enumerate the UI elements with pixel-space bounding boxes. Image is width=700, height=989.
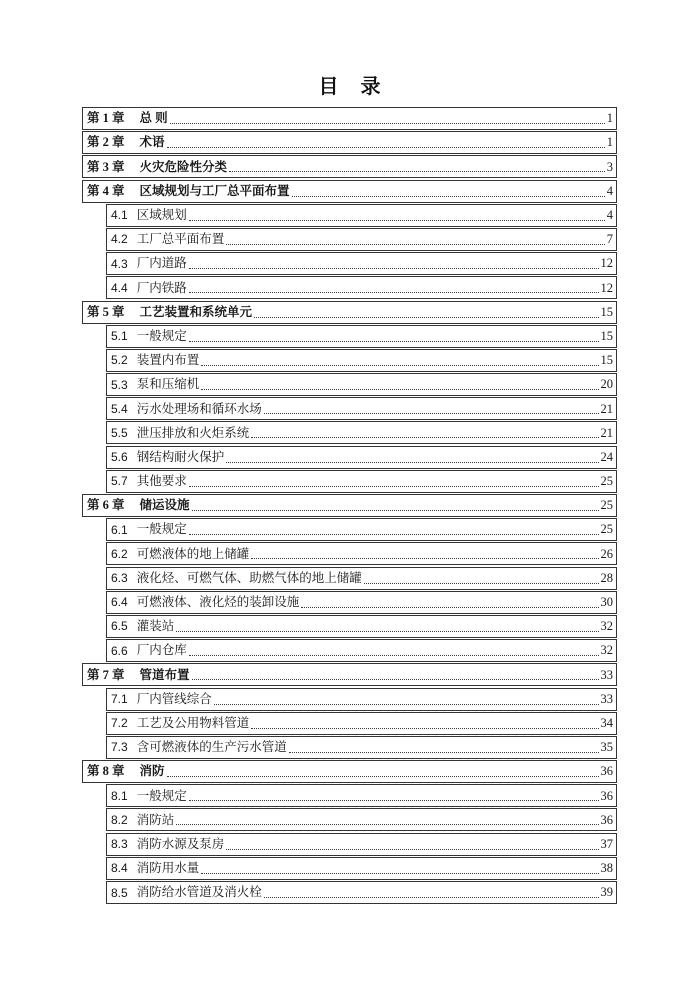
toc-entry-number: 7.2: [111, 717, 128, 729]
dot-leader: [189, 292, 599, 293]
toc-entry[interactable]: 5.7 其他要求 25: [106, 470, 617, 493]
toc-entry-title: 厂内管线综合: [137, 693, 212, 706]
toc-entry-page: 25: [601, 523, 614, 536]
toc-entry[interactable]: 第 6 章 储运设施 25: [82, 494, 617, 517]
toc-entry-title: 消防站: [137, 814, 175, 827]
toc-entry[interactable]: 4.1 区域规划 4: [106, 204, 617, 227]
toc-entry-number: 第 6 章: [87, 499, 125, 512]
toc-entry-number: 7.1: [111, 693, 128, 705]
toc-entry-title: 消防用水量: [137, 862, 200, 875]
toc-entry[interactable]: 5.6 钢结构耐火保护 24: [106, 446, 617, 469]
toc-entry[interactable]: 第 3 章 火灾危险性分类 3: [82, 155, 617, 178]
toc-entry-title: 污水处理场和循环水场: [137, 403, 262, 416]
dot-leader: [189, 800, 599, 801]
toc-entry-number: 8.2: [111, 814, 128, 826]
toc-entry-page: 4: [607, 185, 613, 198]
page-title: 目 录: [0, 70, 700, 99]
toc-entry-title: 厂内仓库: [137, 644, 187, 657]
toc-entry-page: 12: [601, 257, 614, 270]
dot-leader: [251, 728, 598, 729]
toc-entry-page: 28: [601, 572, 614, 585]
toc-entry-title: 一般规定: [137, 523, 187, 536]
toc-entry[interactable]: 第 7 章 管道布置 33: [82, 663, 617, 686]
dot-leader: [226, 244, 605, 245]
toc-entry[interactable]: 4.2 工厂总平面布置 7: [106, 228, 617, 251]
toc-entry[interactable]: 7.2 工艺及公用物料管道 34: [106, 712, 617, 735]
toc-entry-title: 一般规定: [137, 790, 187, 803]
toc-entry-page: 7: [607, 233, 613, 246]
toc-entry-page: 30: [601, 596, 614, 609]
toc-entry-number: 8.3: [111, 838, 128, 850]
toc-entry-number: 5.4: [111, 403, 128, 415]
dot-leader: [189, 268, 599, 269]
dot-leader: [251, 437, 598, 438]
toc-entry-page: 20: [601, 378, 614, 391]
toc-entry[interactable]: 8.4 消防用水量 38: [106, 857, 617, 880]
toc-entry-number: 8.4: [111, 862, 128, 874]
toc-entry-number: 5.2: [111, 354, 128, 366]
toc-entry-page: 36: [601, 765, 614, 778]
toc-entry-page: 15: [601, 330, 614, 343]
toc-entry-page: 15: [601, 354, 614, 367]
toc-entry-page: 24: [601, 451, 614, 464]
toc-entry[interactable]: 6.4 可燃液体、液化烃的装卸设施 30: [106, 591, 617, 614]
toc-entry-page: 32: [601, 644, 614, 657]
dot-leader: [170, 123, 605, 124]
toc-entry-title: 管道布置: [140, 669, 190, 682]
toc-entry[interactable]: 5.1 一般规定 15: [106, 325, 617, 348]
toc-entry[interactable]: 4.3 厂内道路 12: [106, 252, 617, 275]
toc-entry-page: 34: [601, 717, 614, 730]
dot-leader: [189, 341, 599, 342]
toc-entry-title: 灌装站: [137, 620, 175, 633]
toc-entry-number: 6.1: [111, 524, 128, 536]
toc-entry-title: 含可燃液体的生产污水管道: [137, 741, 287, 754]
toc-entry[interactable]: 第 2 章 术语 1: [82, 131, 617, 154]
toc-entry-number: 5.1: [111, 330, 128, 342]
dot-leader: [254, 317, 598, 318]
dot-leader: [289, 752, 599, 753]
toc-entry-title: 工艺装置和系统单元: [140, 306, 253, 319]
toc-entry-number: 第 2 章: [87, 136, 125, 149]
toc-entry-title: 液化烃、可燃气体、助燃气体的地上储罐: [137, 572, 362, 585]
dot-leader: [189, 534, 599, 535]
dot-leader: [201, 873, 598, 874]
toc-entry[interactable]: 7.3 含可燃液体的生产污水管道 35: [106, 736, 617, 759]
dot-leader: [229, 171, 605, 172]
toc-entry-page: 3: [607, 161, 613, 174]
dot-leader: [167, 147, 605, 148]
toc-entry[interactable]: 5.3 泵和压缩机 20: [106, 373, 617, 396]
toc-entry-page: 33: [601, 693, 614, 706]
toc-entry-number: 4.2: [111, 233, 128, 245]
toc-entry-title: 术语: [140, 136, 165, 149]
toc-entry[interactable]: 6.2 可燃液体的地上储罐 26: [106, 542, 617, 565]
dot-leader: [251, 558, 598, 559]
toc-entry[interactable]: 第 8 章 消防 36: [82, 760, 617, 783]
toc-entry-number: 6.5: [111, 620, 128, 632]
toc-entry[interactable]: 8.1 一般规定 36: [106, 784, 617, 807]
toc-entry-page: 21: [601, 427, 614, 440]
toc-entry-number: 5.5: [111, 427, 128, 439]
toc-entry-page: 1: [607, 136, 613, 149]
toc-entry-page: 26: [601, 548, 614, 561]
toc-entry-page: 35: [601, 741, 614, 754]
toc-entry-page: 39: [601, 886, 614, 899]
toc-entry[interactable]: 8.5 消防给水管道及消火栓 39: [106, 881, 617, 904]
toc-entry-page: 12: [601, 282, 614, 295]
toc-entry-number: 第 1 章: [87, 112, 125, 125]
dot-leader: [201, 389, 598, 390]
toc-entry-title: 厂内道路: [137, 257, 187, 270]
toc-entry[interactable]: 6.3 液化烃、可燃气体、助燃气体的地上储罐 28: [106, 567, 617, 590]
toc-entry-title: 可燃液体的地上储罐: [137, 548, 250, 561]
dot-leader: [189, 486, 599, 487]
dot-leader: [192, 510, 599, 511]
toc-entry-number: 6.2: [111, 548, 128, 560]
toc-entry-title: 泄压排放和火炬系统: [137, 427, 250, 440]
toc-entry-title: 装置内布置: [137, 354, 200, 367]
toc-entry[interactable]: 8.3 消防水源及泵房 37: [106, 833, 617, 856]
toc-entry-title: 区域规划与工厂总平面布置: [140, 185, 290, 198]
toc-entry-title: 其他要求: [137, 475, 187, 488]
toc-entry[interactable]: 第 4 章 区域规划与工厂总平面布置 4: [82, 180, 617, 203]
toc-entry-number: 6.3: [111, 572, 128, 584]
toc-entry-page: 21: [601, 403, 614, 416]
document-page: 目 录 第 1 章 总 则 1 第 2 章 术语 1 第 3 章 火灾危险性分类…: [0, 0, 700, 989]
toc-entry-title: 工厂总平面布置: [137, 233, 225, 246]
toc-entry-title: 储运设施: [140, 499, 190, 512]
toc-entry-page: 38: [601, 862, 614, 875]
toc-entry-number: 7.3: [111, 741, 128, 753]
toc-entry-page: 37: [601, 838, 614, 851]
toc-entry-number: 4.3: [111, 258, 128, 270]
toc-entry-title: 工艺及公用物料管道: [137, 717, 250, 730]
toc-entry-title: 厂内铁路: [137, 282, 187, 295]
toc-entry[interactable]: 4.4 厂内铁路 12: [106, 276, 617, 299]
dot-leader: [176, 631, 598, 632]
dot-leader: [226, 462, 598, 463]
toc-entry[interactable]: 5.5 泄压排放和火炬系统 21: [106, 421, 617, 444]
toc-entry-title: 泵和压缩机: [137, 378, 200, 391]
toc-entry-number: 5.7: [111, 475, 128, 487]
toc-entry-number: 6.4: [111, 596, 128, 608]
toc-entry-number: 第 8 章: [87, 765, 125, 778]
toc-entry-number: 第 5 章: [87, 306, 125, 319]
dot-leader: [189, 220, 605, 221]
toc-entry-page: 4: [607, 209, 613, 222]
toc-entry-page: 36: [601, 814, 614, 827]
toc-entry-page: 25: [601, 475, 614, 488]
toc-entry[interactable]: 6.6 厂内仓库 32: [106, 639, 617, 662]
toc-entry-page: 25: [601, 499, 614, 512]
toc-entry-page: 36: [601, 790, 614, 803]
toc-entry-number: 8.1: [111, 790, 128, 802]
toc-entry[interactable]: 第 1 章 总 则 1: [82, 107, 617, 130]
toc-entry-page: 15: [601, 306, 614, 319]
dot-leader: [292, 196, 605, 197]
toc-entry-number: 第 7 章: [87, 669, 125, 682]
toc-entry[interactable]: 8.2 消防站 36: [106, 808, 617, 831]
toc-entry-number: 8.5: [111, 887, 128, 899]
toc-entry-page: 33: [601, 669, 614, 682]
toc-entry-number: 5.3: [111, 379, 128, 391]
toc-entry-title: 消防给水管道及消火栓: [137, 886, 262, 899]
dot-leader: [189, 655, 599, 656]
toc-entry-number: 6.6: [111, 645, 128, 657]
dot-leader: [264, 897, 599, 898]
toc-entry-number: 第 4 章: [87, 185, 125, 198]
toc-entry-title: 火灾危险性分类: [140, 161, 228, 174]
toc-entry-title: 总 则: [140, 112, 168, 125]
toc-entry-title: 一般规定: [137, 330, 187, 343]
toc-entry-page: 1: [607, 112, 613, 125]
toc-entry-title: 消防水源及泵房: [137, 838, 225, 851]
dot-leader: [214, 704, 599, 705]
toc-entry-title: 钢结构耐火保护: [137, 451, 225, 464]
toc-entry[interactable]: 6.1 一般规定 25: [106, 518, 617, 541]
dot-leader: [226, 849, 598, 850]
dot-leader: [167, 776, 599, 777]
toc-list: 第 1 章 总 则 1 第 2 章 术语 1 第 3 章 火灾危险性分类 3 第…: [82, 107, 617, 905]
dot-leader: [301, 607, 598, 608]
toc-entry[interactable]: 6.5 灌装站 32: [106, 615, 617, 638]
dot-leader: [176, 824, 598, 825]
toc-entry-number: 5.6: [111, 451, 128, 463]
dot-leader: [264, 413, 599, 414]
toc-entry-title: 消防: [140, 765, 165, 778]
toc-entry[interactable]: 7.1 厂内管线综合 33: [106, 688, 617, 711]
toc-entry[interactable]: 5.4 污水处理场和循环水场 21: [106, 397, 617, 420]
toc-entry-page: 32: [601, 620, 614, 633]
toc-entry[interactable]: 第 5 章 工艺装置和系统单元 15: [82, 301, 617, 324]
dot-leader: [192, 679, 599, 680]
dot-leader: [201, 365, 598, 366]
dot-leader: [364, 583, 599, 584]
toc-entry-number: 4.1: [111, 209, 128, 221]
toc-entry-title: 区域规划: [137, 209, 187, 222]
toc-entry[interactable]: 5.2 装置内布置 15: [106, 349, 617, 372]
toc-entry-title: 可燃液体、液化烃的装卸设施: [137, 596, 300, 609]
toc-entry-number: 4.4: [111, 282, 128, 294]
toc-entry-number: 第 3 章: [87, 161, 125, 174]
